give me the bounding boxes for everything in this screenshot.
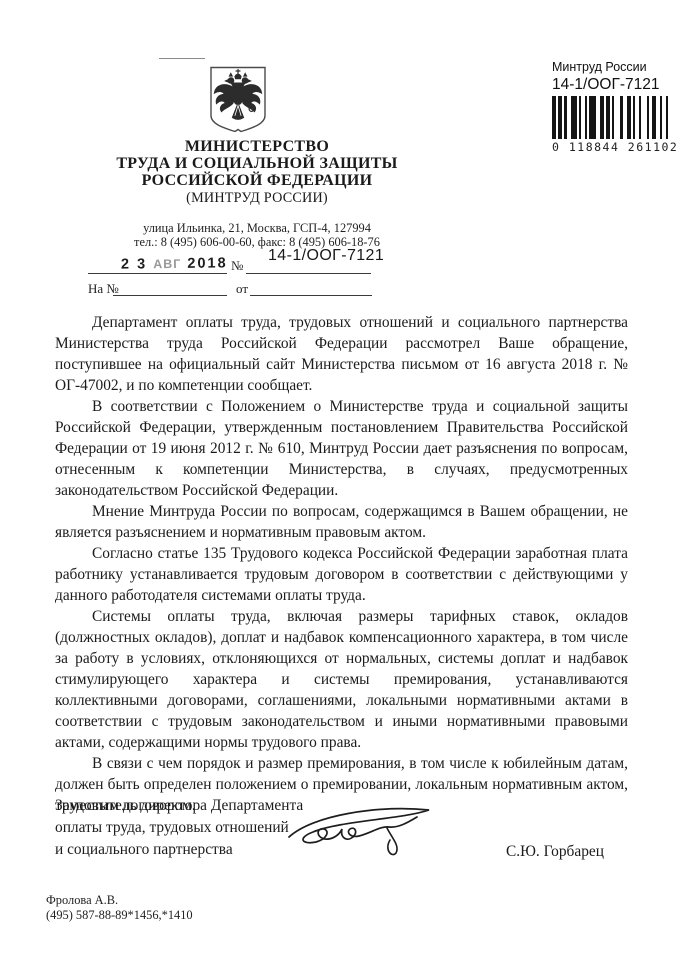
stamp-reg-number: 14-1/ООГ-7121 — [552, 76, 670, 94]
outgoing-number: 14-1/ООГ-7121 — [268, 247, 384, 265]
paragraph: Департамент оплаты труда, трудовых отнош… — [55, 312, 628, 396]
date-stamp: 2 3 АВГ 2018 — [121, 255, 228, 272]
date-stamp-year: 2018 — [187, 255, 227, 271]
ministry-address: улица Ильинка, 21, Москва, ГСП-4, 127994… — [60, 222, 454, 249]
scanned-letter-page: Минтруд России 14-1/ООГ-7121 0 118844 26… — [0, 0, 679, 960]
paragraph: Согласно статье 135 Трудового кодекса Ро… — [55, 543, 628, 606]
on-number-underline — [113, 295, 227, 296]
phone-fax-line: тел.: 8 (495) 606-00-60, факс: 8 (495) 6… — [60, 236, 454, 250]
date-stamp-month: АВГ — [153, 257, 181, 271]
ministry-title-line: МИНИСТЕРСТВО — [60, 138, 454, 155]
executor-block: Фролова А.В. (495) 587-88-89*1456,*1410 — [46, 893, 193, 922]
paragraph: Мнение Минтруда России по вопросам, соде… — [55, 501, 628, 543]
date-stamp-day: 2 3 — [121, 256, 147, 272]
barcode-digits: 0 118844 261102 — [552, 140, 670, 154]
from-underline — [250, 295, 372, 296]
paragraph: Системы оплаты труда, включая размеры та… — [55, 606, 628, 753]
date-underline — [88, 273, 227, 274]
stamp-org-name: Минтруд России — [552, 60, 670, 74]
ministry-short-name: (МИНТРУД РОССИИ) — [60, 190, 454, 207]
executor-name: Фролова А.В. — [46, 893, 193, 908]
executor-phone: (495) 587-88-89*1456,*1410 — [46, 908, 193, 923]
signatory-name: С.Ю. Горбарец — [506, 843, 604, 861]
coat-of-arms-icon — [207, 65, 269, 136]
number-label: № — [231, 258, 243, 274]
handwritten-signature — [283, 795, 443, 865]
address-line: улица Ильинка, 21, Москва, ГСП-4, 127994 — [60, 222, 454, 236]
barcode-bar — [666, 96, 668, 139]
from-label: от — [236, 281, 248, 297]
registration-stamp: Минтруд России 14-1/ООГ-7121 0 118844 26… — [552, 60, 670, 154]
number-underline — [246, 273, 371, 274]
paragraph: В соответствии с Положением о Министерст… — [55, 396, 628, 501]
barcode — [552, 96, 668, 139]
scan-artifact-line — [159, 58, 205, 59]
ministry-title: МИНИСТЕРСТВО ТРУДА И СОЦИАЛЬНОЙ ЗАЩИТЫ Р… — [60, 138, 454, 207]
letter-body: Департамент оплаты труда, трудовых отнош… — [55, 312, 628, 816]
ministry-title-line: ТРУДА И СОЦИАЛЬНОЙ ЗАЩИТЫ — [60, 155, 454, 172]
ministry-title-line: РОССИЙСКОЙ ФЕДЕРАЦИИ — [60, 172, 454, 189]
